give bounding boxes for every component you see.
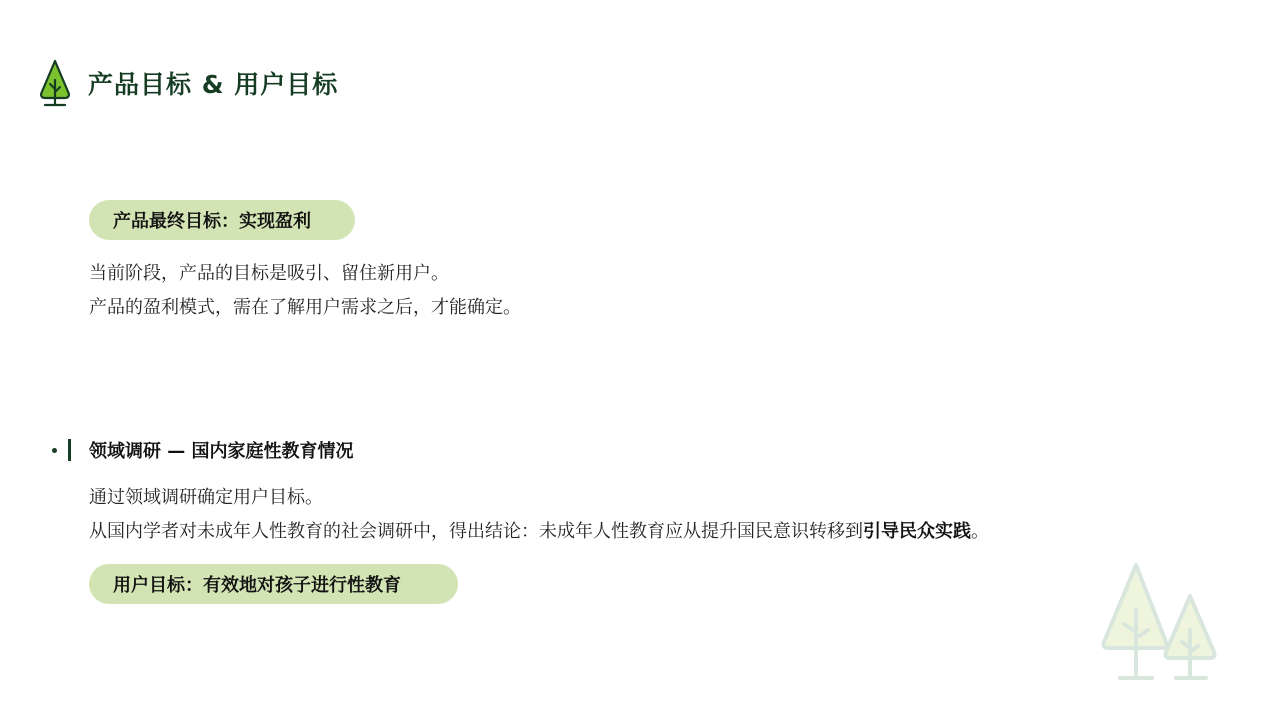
- trees-icon: [1098, 560, 1220, 684]
- research-description: 通过领域调研确定用户目标。 从国内学者对未成年人性教育的社会调研中，得出结论：未…: [89, 481, 989, 549]
- product-goal-label: 产品最终目标：实现盈利: [113, 207, 311, 233]
- tree-icon: [38, 58, 72, 108]
- research-text-end: 。: [971, 521, 989, 542]
- product-goal-pill: 产品最终目标：实现盈利: [89, 200, 355, 240]
- product-goal-description: 当前阶段，产品的目标是吸引、留住新用户。 产品的盈利模式，需在了解用户需求之后，…: [89, 257, 521, 325]
- research-text: 从国内学者对未成年人性教育的社会调研中，得出结论：未成年人性教育应从提升国民意识…: [89, 521, 863, 542]
- description-line: 产品的盈利模式，需在了解用户需求之后，才能确定。: [89, 291, 521, 325]
- bullet-icon: [52, 448, 57, 453]
- header: 产品目标 & 用户目标: [38, 58, 338, 108]
- user-goal-label: 用户目标：有效地对孩子进行性教育: [113, 571, 401, 597]
- section-bar-icon: [68, 439, 71, 461]
- page-title: 产品目标 & 用户目标: [88, 65, 338, 101]
- section-title: 领域调研 — 国内家庭性教育情况: [89, 437, 354, 463]
- user-goal-pill: 用户目标：有效地对孩子进行性教育: [89, 564, 458, 604]
- research-emphasis: 引导民众实践: [863, 521, 971, 542]
- section-heading: 领域调研 — 国内家庭性教育情况: [52, 437, 354, 463]
- research-line-2: 从国内学者对未成年人性教育的社会调研中，得出结论：未成年人性教育应从提升国民意识…: [89, 515, 989, 549]
- description-line: 当前阶段，产品的目标是吸引、留住新用户。: [89, 257, 521, 291]
- research-line-1: 通过领域调研确定用户目标。: [89, 481, 989, 515]
